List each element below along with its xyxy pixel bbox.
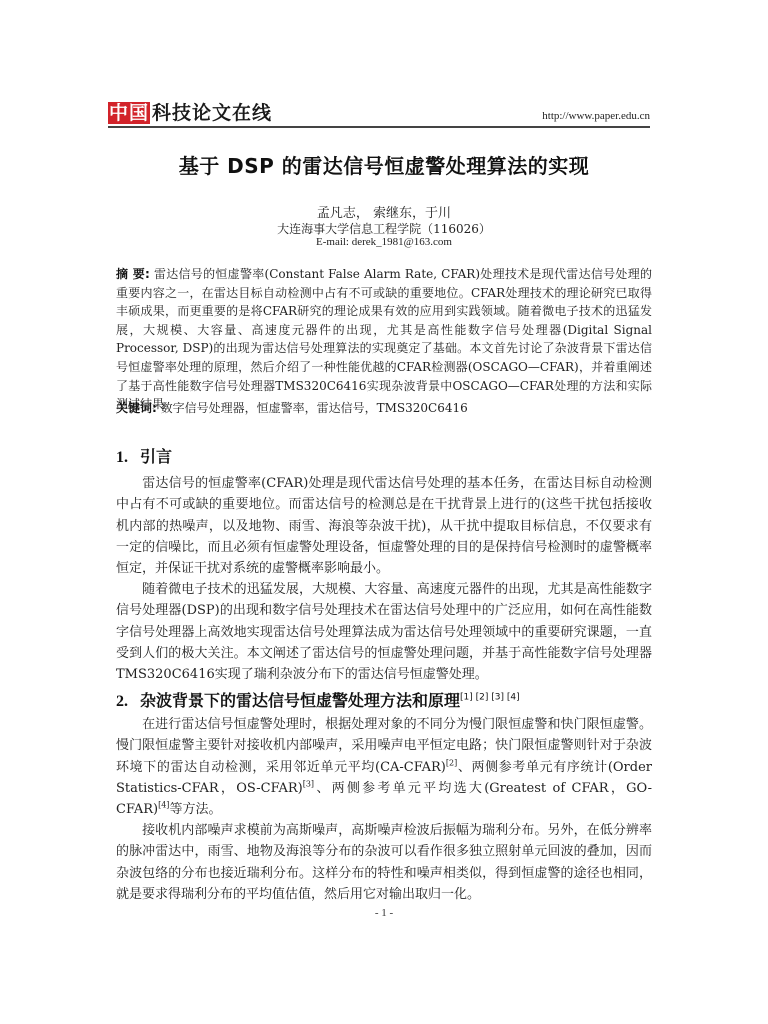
logo-red-part: 中国 [108,102,150,124]
author-email: E-mail: derek_1981@163.com [0,236,768,248]
section-number: 1. [116,449,128,466]
section-1-paragraph-1: 雷达信号的恒虚警率(CFAR)处理是现代雷达信号处理的基本任务，在雷达目标自动检… [116,473,652,579]
keywords-text: 数字信号处理器，恒虚警率，雷达信号，TMS320C6416 [161,401,468,415]
paper-title: 基于 DSP 的雷达信号恒虚警处理算法的实现 [0,150,768,179]
logo-black-part: 科技论文在线 [152,102,272,124]
section-heading-1: 1.引言 [116,444,172,467]
site-logo: 中国 科技论文在线 [108,102,272,124]
header-url: http://www.paper.edu.cn [542,110,650,122]
abstract-label: 摘 要: [116,267,150,281]
abstract-text: 雷达信号的恒虚警率(Constant False Alarm Rate, CFA… [116,267,652,411]
section-number: 2. [116,693,128,710]
section-heading-2: 2.杂波背景下的雷达信号恒虚警处理方法和原理[1] [2] [3] [4] [116,688,520,711]
section-2-paragraph-1: 在进行雷达信号恒虚警处理时，根据处理对象的不同分为慢门限恒虚警和快门限恒虚警。慢… [116,714,652,820]
abstract: 摘 要: 雷达信号的恒虚警率(Constant False Alarm Rate… [116,265,652,414]
citation-2: [2] [446,758,457,767]
citation-4: [4] [158,801,169,810]
paper-affiliation: 大连海事大学信息工程学院（116026） [0,220,768,237]
paragraph-text: 等方法。 [169,802,221,817]
paragraph-text: 接收机内部噪声求模前为高斯噪声，高斯噪声检波后振幅为瑞利分布。另外，在低分辨率的… [116,823,652,902]
paragraph-text: 雷达信号的恒虚警率(CFAR)处理是现代雷达信号处理的基本任务，在雷达目标自动检… [116,476,652,576]
section-references: [1] [2] [3] [4] [460,693,520,703]
header-divider [108,126,650,128]
keywords-label: 关键词: [116,401,157,415]
page-number: - 1 - [0,907,768,919]
section-title: 引言 [140,447,172,466]
section-2-paragraph-2: 接收机内部噪声求模前为高斯噪声，高斯噪声检波后振幅为瑞利分布。另外，在低分辨率的… [116,820,652,905]
section-title: 杂波背景下的雷达信号恒虚警处理方法和原理 [140,691,460,710]
document-page: 中国 科技论文在线 http://www.paper.edu.cn 基于 DSP… [0,0,768,1024]
section-1-paragraph-2: 随着微电子技术的迅猛发展，大规模、大容量、高速度元器件的出现，尤其是高性能数字信… [116,579,652,685]
paragraph-text: 随着微电子技术的迅猛发展，大规模、大容量、高速度元器件的出现，尤其是高性能数字信… [116,582,652,682]
citation-3: [3] [303,780,314,789]
page-header: 中国 科技论文在线 http://www.paper.edu.cn [108,100,650,126]
paper-authors: 孟凡志， 索继东，于川 [0,202,768,221]
keywords: 关键词: 数字信号处理器，恒虚警率，雷达信号，TMS320C6416 [116,399,652,417]
